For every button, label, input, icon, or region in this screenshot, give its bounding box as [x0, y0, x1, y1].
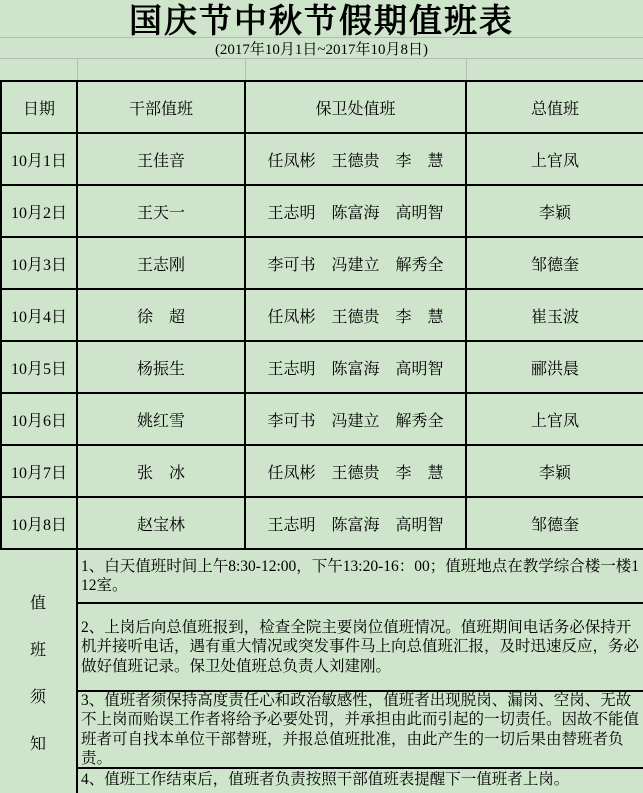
grid-cell [246, 59, 467, 80]
title-row: 国庆节中秋节假期值班表 [0, 0, 643, 38]
chief-duty-cell: 崔玉波 [467, 290, 643, 340]
page-title: 国庆节中秋节假期值班表 [129, 0, 514, 42]
notes-label-char: 知 [30, 731, 46, 754]
cadre-duty-cell: 王天一 [78, 186, 246, 236]
column-header-date: 日期 [2, 82, 78, 132]
date-cell: 10月8日 [2, 498, 78, 548]
note-text: 1、白天值班时间上午8:30-12:00，下午13:20-16：00；值班地点在… [81, 557, 641, 596]
column-header-security: 保卫处值班 [246, 82, 467, 132]
date-cell: 10月6日 [2, 394, 78, 444]
subtitle-row: (2017年10月1日~2017年10月8日) [0, 38, 643, 59]
notes-label-char: 须 [30, 684, 46, 707]
table-row: 10月4日 徐 超 任凤彬 王德贵 李 慧 崔玉波 [2, 290, 643, 342]
date-cell: 10月5日 [2, 342, 78, 392]
table-row: 10月5日 杨振生 王志明 陈富海 高明智 郦洪晨 [2, 342, 643, 394]
table-row: 10月3日 王志刚 李可书 冯建立 解秀全 邹德奎 [2, 238, 643, 290]
spreadsheet-gridline-strip [0, 59, 643, 80]
date-range-subtitle: (2017年10月1日~2017年10月8日) [215, 38, 428, 59]
security-duty-cell: 王志明 陈富海 高明智 [246, 342, 467, 392]
date-cell: 10月1日 [2, 134, 78, 184]
chief-duty-cell: 郦洪晨 [467, 342, 643, 392]
grid-cell [78, 59, 246, 80]
cadre-duty-cell: 王佳音 [78, 134, 246, 184]
table-row: 10月1日 王佳音 任凤彬 王德贵 李 慧 上官凤 [2, 134, 643, 186]
duty-notes-section: 值 班 须 知 1、白天值班时间上午8:30-12:00，下午13:20-16：… [0, 550, 643, 793]
notes-label-char: 值 [30, 590, 46, 613]
notes-label-char: 班 [30, 637, 46, 660]
cadre-duty-cell: 杨振生 [78, 342, 246, 392]
chief-duty-cell: 李颖 [467, 186, 643, 236]
security-duty-cell: 任凤彬 王德贵 李 慧 [246, 290, 467, 340]
grid-cell [0, 59, 78, 80]
table-row: 10月6日 姚红雪 李可书 冯建立 解秀全 上官凤 [2, 394, 643, 446]
chief-duty-cell: 上官凤 [467, 394, 643, 444]
date-cell: 10月3日 [2, 238, 78, 288]
note-item: 1、白天值班时间上午8:30-12:00，下午13:20-16：00；值班地点在… [78, 550, 643, 604]
note-text: 3、值班者须保持高度责任心和政治敏感性，值班者出现脱岗、漏岗、空岗、无故不上岗而… [81, 692, 641, 769]
notes-label-vertical: 值 班 须 知 [0, 550, 78, 793]
column-header-cadre: 干部值班 [78, 82, 246, 132]
security-duty-cell: 李可书 冯建立 解秀全 [246, 394, 467, 444]
security-duty-cell: 王志明 陈富海 高明智 [246, 186, 467, 236]
date-cell: 10月7日 [2, 446, 78, 496]
column-header-chief: 总值班 [467, 82, 643, 132]
note-text: 2、上岗后向总值班报到，检查全院主要岗位值班情况。值班期间电话务必保持开机并接听… [81, 618, 641, 677]
note-text: 4、值班工作结束后，值班者负责按照干部值班表提醒下一值班者上岗。 [81, 770, 569, 790]
note-item: 2、上岗后向总值班报到，检查全院主要岗位值班情况。值班期间电话务必保持开机并接听… [78, 604, 643, 692]
grid-cell [467, 59, 643, 80]
duty-table: 日期 干部值班 保卫处值班 总值班 10月1日 王佳音 任凤彬 王德贵 李 慧 … [0, 80, 643, 550]
chief-duty-cell: 上官凤 [467, 134, 643, 184]
security-duty-cell: 李可书 冯建立 解秀全 [246, 238, 467, 288]
cadre-duty-cell: 姚红雪 [78, 394, 246, 444]
table-row: 10月8日 赵宝林 王志明 陈富海 高明智 邹德奎 [2, 498, 643, 550]
note-item: 4、值班工作结束后，值班者负责按照干部值班表提醒下一值班者上岗。 [78, 769, 643, 793]
chief-duty-cell: 李颖 [467, 446, 643, 496]
date-cell: 10月4日 [2, 290, 78, 340]
cadre-duty-cell: 徐 超 [78, 290, 246, 340]
security-duty-cell: 王志明 陈富海 高明智 [246, 498, 467, 548]
cadre-duty-cell: 张 冰 [78, 446, 246, 496]
security-duty-cell: 任凤彬 王德贵 李 慧 [246, 446, 467, 496]
chief-duty-cell: 邹德奎 [467, 498, 643, 548]
chief-duty-cell: 邹德奎 [467, 238, 643, 288]
note-item: 3、值班者须保持高度责任心和政治敏感性，值班者出现脱岗、漏岗、空岗、无故不上岗而… [78, 692, 643, 769]
security-duty-cell: 任凤彬 王德贵 李 慧 [246, 134, 467, 184]
cadre-duty-cell: 王志刚 [78, 238, 246, 288]
cadre-duty-cell: 赵宝林 [78, 498, 246, 548]
duty-roster-sheet: 国庆节中秋节假期值班表 (2017年10月1日~2017年10月8日) 日期 干… [0, 0, 643, 793]
table-row: 10月2日 王天一 王志明 陈富海 高明智 李颖 [2, 186, 643, 238]
date-cell: 10月2日 [2, 186, 78, 236]
notes-body: 1、白天值班时间上午8:30-12:00，下午13:20-16：00；值班地点在… [78, 550, 643, 793]
table-row: 10月7日 张 冰 任凤彬 王德贵 李 慧 李颖 [2, 446, 643, 498]
header-row: 日期 干部值班 保卫处值班 总值班 [2, 82, 643, 134]
